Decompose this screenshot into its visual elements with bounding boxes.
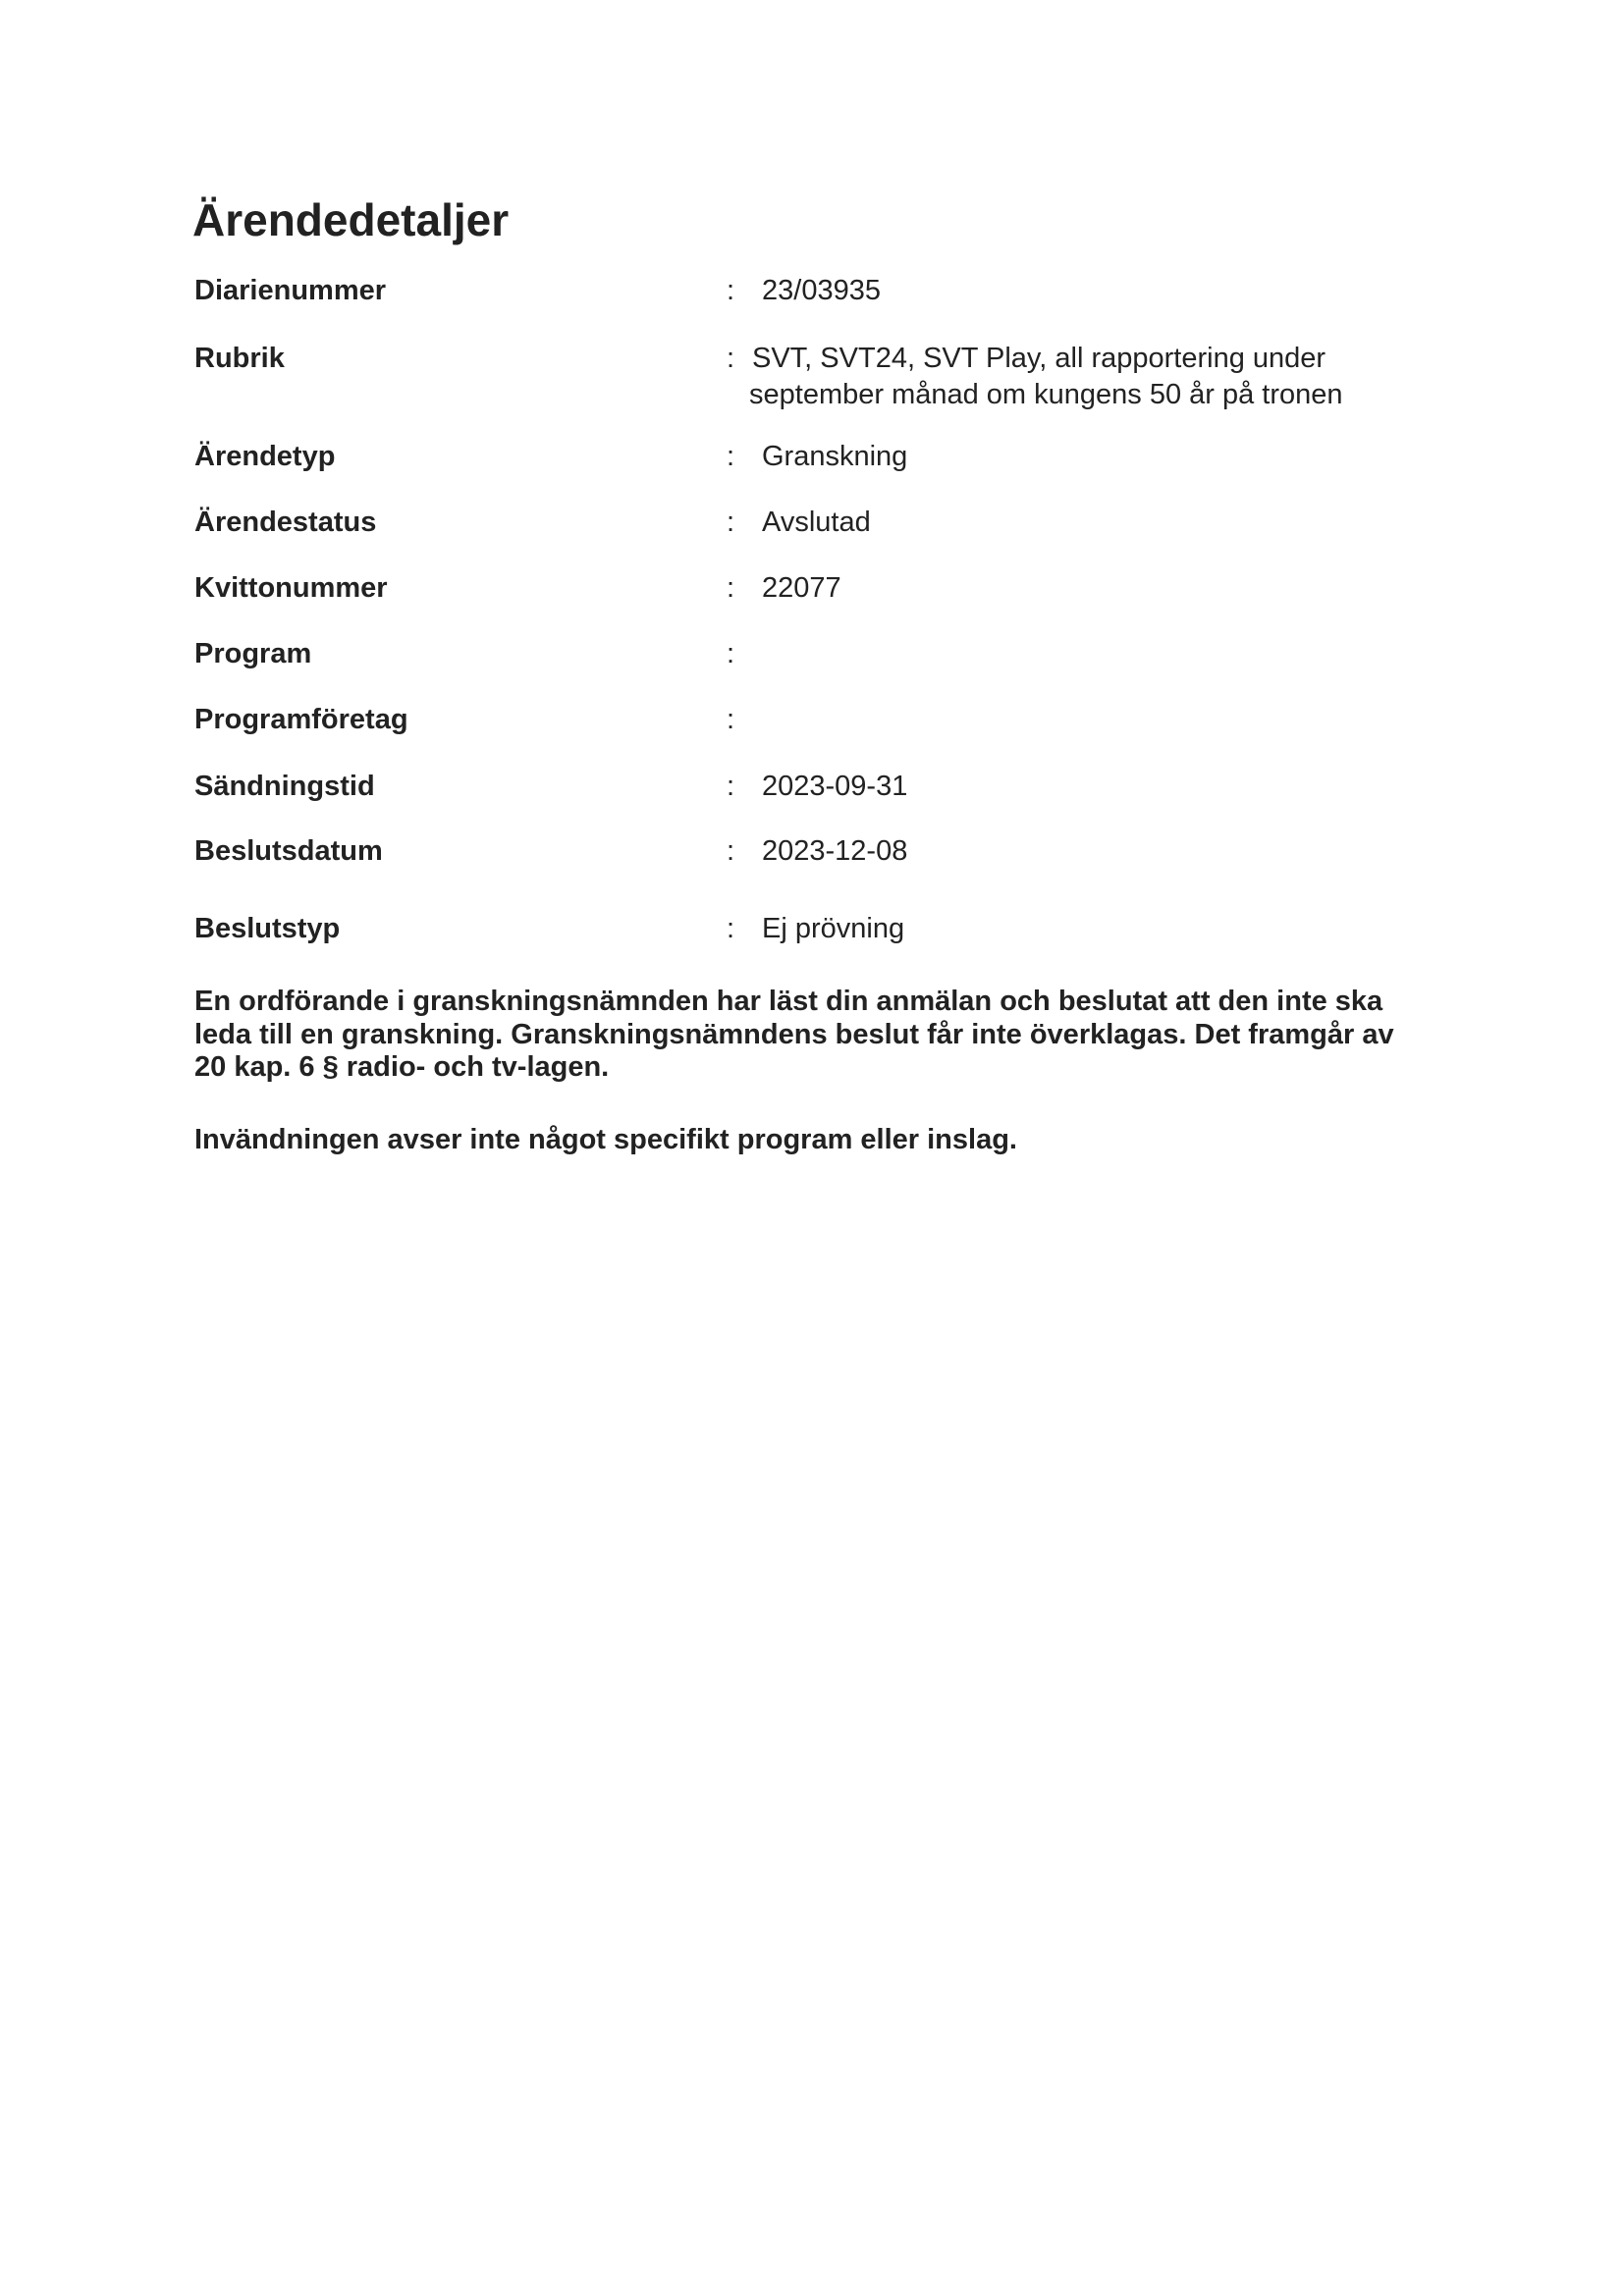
field-label: Sändningstid bbox=[194, 769, 375, 805]
field-separator: : bbox=[727, 833, 734, 870]
field-value-line: september månad om kungens 50 år på tron… bbox=[749, 377, 1439, 413]
field-value: Granskning bbox=[762, 439, 1449, 475]
field-separator: : bbox=[727, 505, 734, 541]
field-separator: : bbox=[727, 636, 734, 672]
field-label: Programföretag bbox=[194, 702, 408, 738]
field-value-line: 22077 bbox=[762, 570, 1449, 607]
field-label: Kvittonummer bbox=[194, 570, 388, 607]
field-separator: : bbox=[727, 439, 734, 475]
field-value: 2023-12-08 bbox=[762, 833, 1449, 870]
field-value-line: Avslutad bbox=[762, 505, 1449, 541]
field-value: Avslutad bbox=[762, 505, 1449, 541]
field-separator: : bbox=[727, 570, 734, 607]
objection-paragraph: Invändningen avser inte något specifikt … bbox=[194, 1124, 1017, 1157]
field-value-line: Ej prövning bbox=[762, 911, 1449, 947]
field-value: SVT, SVT24, SVT Play, all rapportering u… bbox=[752, 341, 1439, 413]
page-title: Ärendedetaljer bbox=[192, 194, 509, 245]
field-label: Beslutsdatum bbox=[194, 833, 383, 870]
field-value: 2023-09-31 bbox=[762, 769, 1449, 805]
field-value-line: 2023-12-08 bbox=[762, 833, 1449, 870]
field-value-line: 2023-09-31 bbox=[762, 769, 1449, 805]
field-label: Program bbox=[194, 636, 311, 672]
field-label: Rubrik bbox=[194, 341, 285, 377]
paragraph-line: leda till en granskning. Granskningsnämn… bbox=[194, 1019, 1394, 1052]
field-value-line: 23/03935 bbox=[762, 273, 1449, 309]
field-label: Ärendetyp bbox=[194, 439, 335, 475]
field-value-line: SVT, SVT24, SVT Play, all rapportering u… bbox=[752, 341, 1439, 377]
field-label: Ärendestatus bbox=[194, 505, 376, 541]
field-separator: : bbox=[727, 341, 734, 377]
field-separator: : bbox=[727, 273, 734, 309]
field-value: 22077 bbox=[762, 570, 1449, 607]
field-value-line: Granskning bbox=[762, 439, 1449, 475]
paragraph-line: Invändningen avser inte något specifikt … bbox=[194, 1124, 1017, 1157]
field-label: Diarienummer bbox=[194, 273, 386, 309]
field-separator: : bbox=[727, 911, 734, 947]
field-value: 23/03935 bbox=[762, 273, 1449, 309]
field-separator: : bbox=[727, 702, 734, 738]
paragraph-line: En ordförande i granskningsnämnden har l… bbox=[194, 986, 1394, 1019]
decision-paragraph: En ordförande i granskningsnämnden har l… bbox=[194, 986, 1394, 1085]
paragraph-line: 20 kap. 6 § radio- och tv-lagen. bbox=[194, 1051, 1394, 1085]
field-value: Ej prövning bbox=[762, 911, 1449, 947]
field-label: Beslutstyp bbox=[194, 911, 340, 947]
field-separator: : bbox=[727, 769, 734, 805]
